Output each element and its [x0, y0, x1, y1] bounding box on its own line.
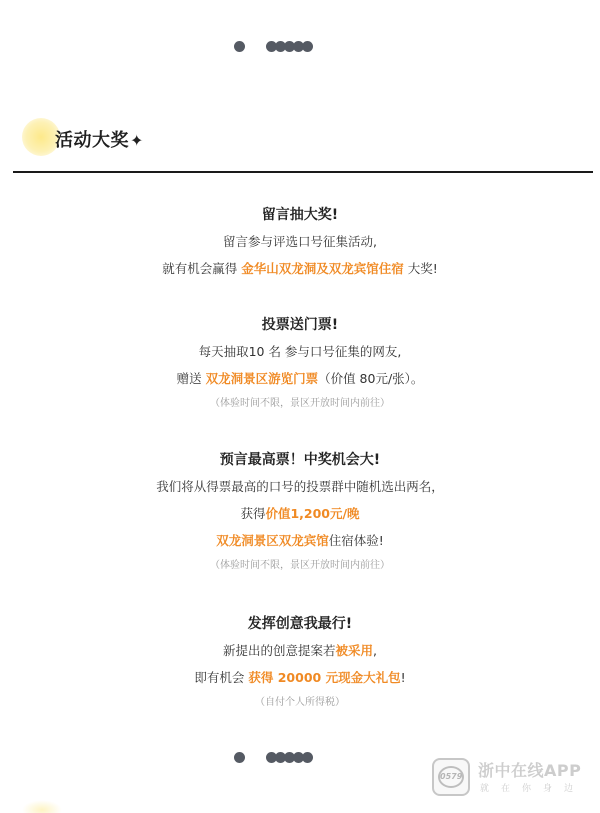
- prize-heading: 预言最高票！中奖机会大!: [0, 449, 600, 471]
- prize-line: 每天抽取10 名 参与口号征集的网友,: [0, 338, 600, 365]
- prize-heading: 留言抽大奖!: [0, 204, 600, 226]
- text: 大奖!: [404, 261, 438, 276]
- top-dots-divider: [0, 41, 600, 55]
- text: ,: [373, 643, 377, 658]
- dot-icon: [234, 752, 245, 763]
- prize-line: 留言参与评选口号征集活动,: [0, 228, 600, 255]
- text: （价值 80元/张）。: [318, 371, 423, 386]
- text: 每天抽取10 名 参与口号征集的网友,: [199, 344, 402, 359]
- highlight-text: 双龙洞景区游览门票: [206, 371, 319, 386]
- highlight-text: 价值1,200元/晚: [265, 506, 359, 521]
- app-logo-icon: 0579: [432, 758, 470, 796]
- prize-line: 赠送 双龙洞景区游览门票（价值 80元/张）。: [0, 365, 600, 392]
- yellow-glow-decoration: [22, 800, 62, 813]
- prize-line: 即有机会 获得 20000 元现金大礼包!: [0, 664, 600, 691]
- logo-badge-text: 0579: [438, 766, 464, 788]
- section-divider: [13, 171, 593, 173]
- prize-line: 新提出的创意提案若被采用,: [0, 637, 600, 664]
- prize-heading: 投票送门票!: [0, 314, 600, 336]
- highlight-text: 双龙洞景区双龙宾馆: [216, 533, 329, 548]
- prize-block-creative-proposal: 发挥创意我最行! 新提出的创意提案若被采用, 即有机会 获得 20000 元现金…: [0, 613, 600, 715]
- text: 赠送: [177, 371, 206, 386]
- prize-note: （体验时间不限，景区开放时间内前往）: [0, 392, 600, 416]
- prize-heading: 发挥创意我最行!: [0, 613, 600, 635]
- text: 我们将从得票最高的口号的投票群中随机选出两名，: [156, 479, 444, 494]
- watermark-slogan: 就在你身边: [480, 781, 585, 794]
- text: 住宿体验!: [329, 533, 384, 548]
- dot-icon: [234, 41, 245, 52]
- section-title-text: 活动大奖: [55, 130, 129, 151]
- text: 新提出的创意提案若: [223, 643, 336, 658]
- prize-line: 就有机会赢得 金华山双龙洞及双龙宾馆住宿 大奖!: [0, 255, 600, 282]
- highlight-text: 金华山双龙洞及双龙宾馆住宿: [241, 261, 404, 276]
- prize-line: 双龙洞景区双龙宾馆住宿体验!: [0, 527, 600, 554]
- sparkle-icon: ✦: [130, 131, 144, 150]
- dot-icon: [302, 752, 313, 763]
- watermark-app-name: 浙中在线APP: [478, 758, 581, 781]
- prize-block-predict-top-vote: 预言最高票！中奖机会大! 我们将从得票最高的口号的投票群中随机选出两名， 获得价…: [0, 449, 600, 578]
- dot-icon: [302, 41, 313, 52]
- text: !: [401, 670, 406, 685]
- prize-note: （自付个人所得税）: [0, 691, 600, 715]
- text: 即有机会: [194, 670, 248, 685]
- prize-note: （体验时间不限，景区开放时间内前往）: [0, 554, 600, 578]
- prize-line: 我们将从得票最高的口号的投票群中随机选出两名，: [0, 473, 600, 500]
- section-title: 活动大奖✦: [55, 126, 144, 152]
- text: 获得: [240, 506, 265, 521]
- prize-line: 获得价值1,200元/晚: [0, 500, 600, 527]
- text: 留言参与评选口号征集活动,: [223, 234, 377, 249]
- prize-block-vote-tickets: 投票送门票! 每天抽取10 名 参与口号征集的网友, 赠送 双龙洞景区游览门票（…: [0, 314, 600, 416]
- highlight-text: 被采用: [336, 643, 374, 658]
- highlight-text: 获得 20000 元现金大礼包: [248, 670, 400, 685]
- text: 就有机会赢得: [162, 261, 241, 276]
- app-watermark: 0579 浙中在线APP 就在你身边: [432, 752, 592, 800]
- prize-block-comment-lottery: 留言抽大奖! 留言参与评选口号征集活动, 就有机会赢得 金华山双龙洞及双龙宾馆住…: [0, 204, 600, 282]
